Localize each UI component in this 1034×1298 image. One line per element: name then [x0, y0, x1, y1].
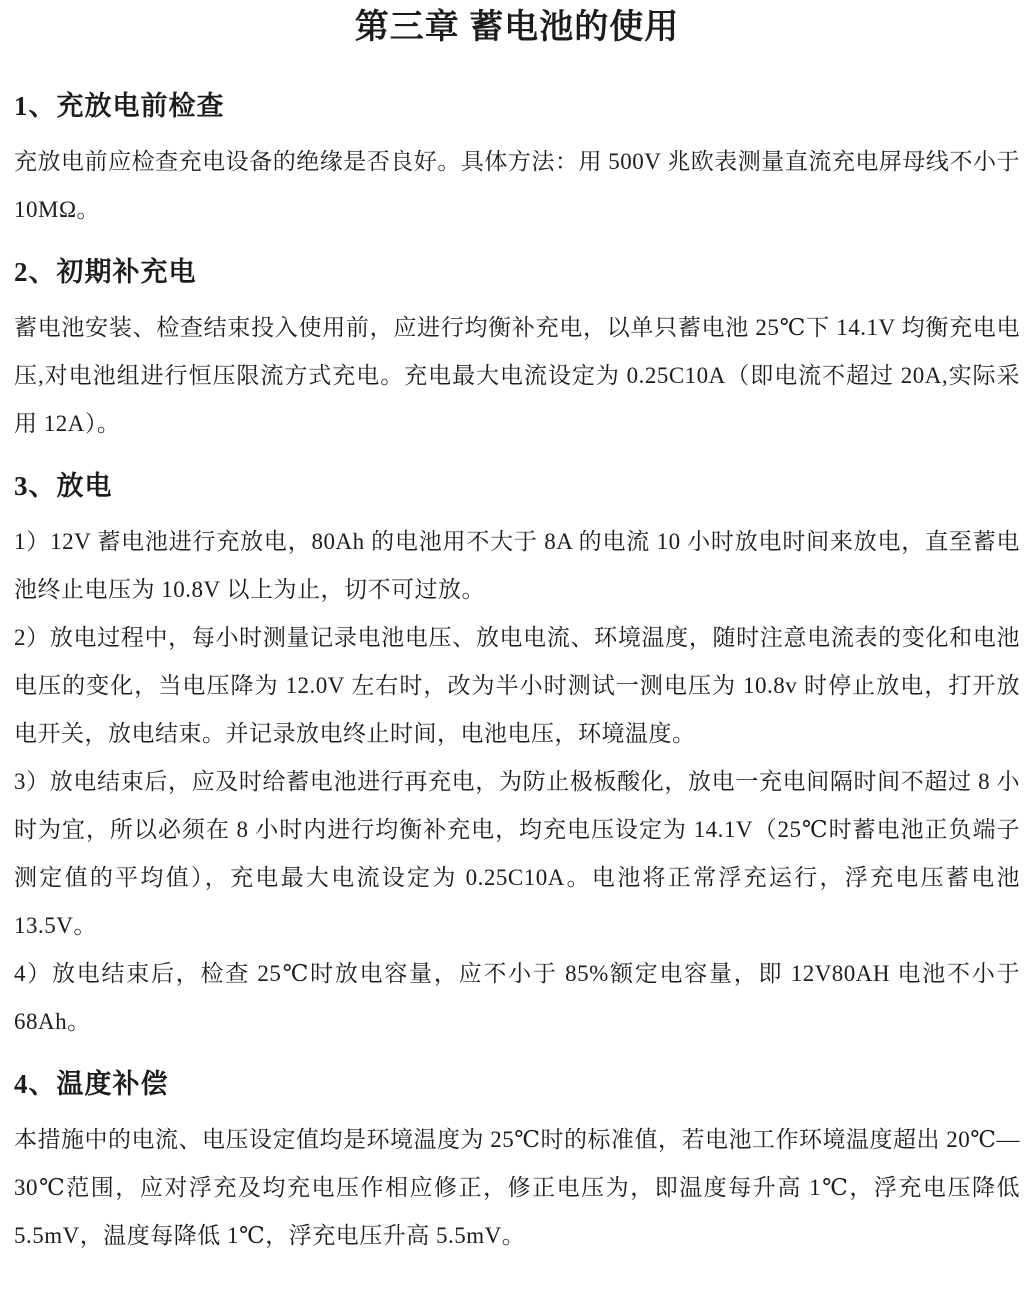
- paragraph-numbered-2: 2）放电过程中，每小时测量记录电池电压、放电电流、环境温度，随时注意电流表的变化…: [14, 614, 1020, 758]
- section-body-1: 充放电前应检查充电设备的绝缘是否良好。具体方法：用 500V 兆欧表测量直流充电…: [14, 138, 1020, 234]
- page-title: 第三章 蓄电池的使用: [14, 6, 1020, 50]
- paragraph: 充放电前应检查充电设备的绝缘是否良好。具体方法：用 500V 兆欧表测量直流充电…: [14, 138, 1020, 234]
- document-page: 第三章 蓄电池的使用 1、充放电前检查 充放电前应检查充电设备的绝缘是否良好。具…: [0, 0, 1034, 1298]
- section-body-2: 蓄电池安装、检查结束投入使用前，应进行均衡补充电，以单只蓄电池 25℃下 14.…: [14, 304, 1020, 448]
- section-heading-1: 1、充放电前检查: [14, 90, 1020, 122]
- section-body-3: 1）12V 蓄电池进行充放电，80Ah 的电池用不大于 8A 的电流 10 小时…: [14, 518, 1020, 1046]
- section-heading-3: 3、放电: [14, 470, 1020, 502]
- paragraph: 蓄电池安装、检查结束投入使用前，应进行均衡补充电，以单只蓄电池 25℃下 14.…: [14, 304, 1020, 448]
- paragraph-numbered-1: 1）12V 蓄电池进行充放电，80Ah 的电池用不大于 8A 的电流 10 小时…: [14, 518, 1020, 614]
- section-body-4: 本措施中的电流、电压设定值均是环境温度为 25℃时的标准值，若电池工作环境温度超…: [14, 1116, 1020, 1260]
- section-heading-4: 4、温度补偿: [14, 1068, 1020, 1100]
- paragraph-numbered-4: 4）放电结束后，检查 25℃时放电容量，应不小于 85%额定电容量，即 12V8…: [14, 950, 1020, 1046]
- section-heading-2: 2、初期补充电: [14, 256, 1020, 288]
- paragraph: 本措施中的电流、电压设定值均是环境温度为 25℃时的标准值，若电池工作环境温度超…: [14, 1116, 1020, 1260]
- paragraph-numbered-3: 3）放电结束后，应及时给蓄电池进行再充电，为防止极板酸化，放电一充电间隔时间不超…: [14, 758, 1020, 950]
